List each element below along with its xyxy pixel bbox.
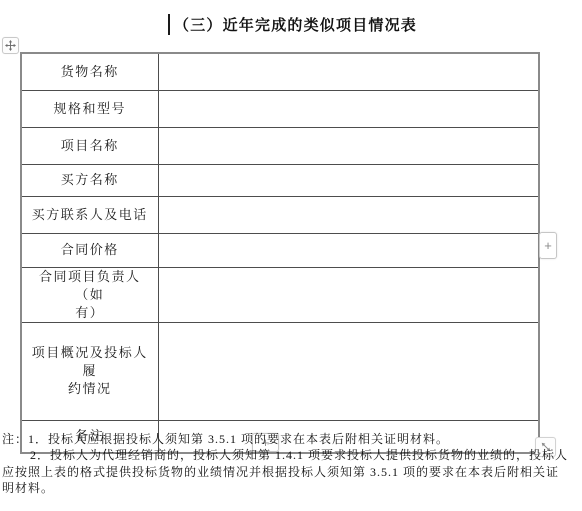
- row-value-cell[interactable]: [158, 127, 539, 164]
- table-row: 合同价格: [21, 233, 539, 267]
- note-line: 应按照上表的格式提供投标货物的业绩情况并根据投标人须知第 3.5.1 项的要求在…: [2, 464, 581, 480]
- table-move-handle[interactable]: [2, 37, 19, 54]
- title-block: （三）近年完成的类似项目情况表: [168, 14, 417, 35]
- row-value-cell[interactable]: [158, 196, 539, 233]
- table-row: 规格和型号: [21, 90, 539, 127]
- row-label-cell[interactable]: 买方名称: [21, 164, 158, 196]
- row-label-cell[interactable]: 合同项目负责人（如 有）: [21, 267, 158, 322]
- row-value-cell[interactable]: [158, 90, 539, 127]
- table-row: 货物名称: [21, 53, 539, 90]
- row-value-cell[interactable]: [158, 322, 539, 420]
- row-label-cell[interactable]: 规格和型号: [21, 90, 158, 127]
- row-value-cell[interactable]: [158, 267, 539, 322]
- notes: 注：1．投标人应根据投标人须知第 3.5.1 项的要求在本表后附相关证明材料。 …: [2, 431, 581, 497]
- row-value-cell[interactable]: [158, 53, 539, 90]
- page-title: （三）近年完成的类似项目情况表: [174, 14, 417, 35]
- note-line: 2．投标人为代理经销商的，投标人须知第 1.4.1 项要求投标人提供投标货物的业…: [2, 447, 581, 463]
- note-line: 注：1．投标人应根据投标人须知第 3.5.1 项的要求在本表后附相关证明材料。: [2, 431, 581, 447]
- table-row: 买方名称: [21, 164, 539, 196]
- text-cursor: [168, 14, 170, 35]
- row-label-cell[interactable]: 项目概况及投标人履 约情况: [21, 322, 158, 420]
- note-line: 明材料。: [2, 480, 581, 496]
- move-icon: [5, 40, 16, 51]
- row-value-cell[interactable]: [158, 233, 539, 267]
- row-value-cell[interactable]: [158, 164, 539, 196]
- row-label-cell[interactable]: 买方联系人及电话: [21, 196, 158, 233]
- table-row: 合同项目负责人（如 有）: [21, 267, 539, 322]
- table-row: 项目名称: [21, 127, 539, 164]
- document-page: （三）近年完成的类似项目情况表 货物名称: [0, 0, 582, 511]
- row-label-cell[interactable]: 合同价格: [21, 233, 158, 267]
- insert-row-button[interactable]: +: [539, 232, 557, 259]
- table-row: 项目概况及投标人履 约情况: [21, 322, 539, 420]
- row-label-cell[interactable]: 项目名称: [21, 127, 158, 164]
- similar-projects-table: 货物名称 规格和型号 项目名称 买方名称 买方联系人及电话 合同价格: [20, 52, 540, 454]
- row-label-cell[interactable]: 货物名称: [21, 53, 158, 90]
- table-row: 买方联系人及电话: [21, 196, 539, 233]
